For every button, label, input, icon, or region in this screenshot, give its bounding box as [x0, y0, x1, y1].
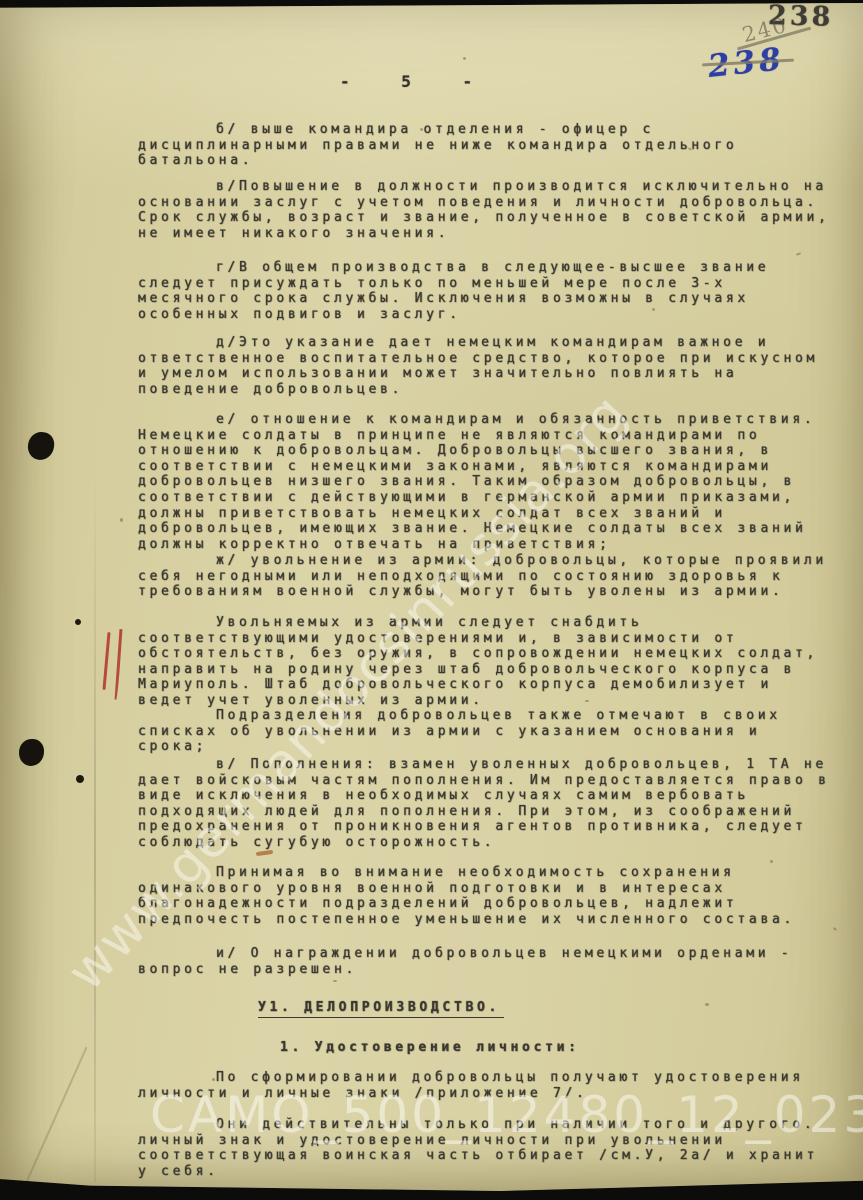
paragraph-e: е/ отношение к командирам и обязанность … — [138, 412, 838, 552]
hole-punch — [19, 739, 44, 766]
paper-speck — [420, 128, 423, 131]
paper-crease — [94, 470, 96, 1182]
section-heading-text: У1. ДЕЛОПРОИЗВОДСТВО. — [258, 1000, 504, 1018]
paragraph-d: д/Это указание дает немецким командирам … — [138, 335, 838, 397]
paragraph-g: г/В общем производства в следующее-высше… — [138, 260, 838, 322]
paragraph-v: в/Повышение в должности производится иск… — [138, 179, 838, 241]
ink-dot — [76, 775, 84, 783]
red-margin-mark-stroke — [115, 629, 123, 700]
paper-speck — [120, 518, 123, 522]
paragraph-podrazdeleniya: Подразделения добровольцев также отмечаю… — [138, 708, 838, 755]
paragraph-po-sformirovanii: По сформировании добровольцы получают уд… — [138, 1070, 838, 1101]
paragraph-b: б/ выше командира отделения - офицер с д… — [138, 122, 838, 169]
paper-speck — [652, 308, 655, 311]
rust-stain — [256, 850, 273, 856]
paragraph-zh: ж/ увольнение из армии: добровольцы, кот… — [138, 553, 838, 600]
paragraph-popolneniya: в/ Пополнения: взамен уволенных добровол… — [138, 757, 838, 851]
paper-speck — [796, 252, 801, 256]
paragraph-i: и/ О награждении добровольцев немецкими … — [138, 946, 838, 977]
paper-sheet: - 5 - 238 240 238 б/ выше командира отде… — [0, 0, 863, 1200]
paper-speck — [770, 860, 773, 863]
paper-crease — [19, 1047, 88, 1199]
paper-speck — [212, 1078, 215, 1081]
paper-speck — [585, 700, 589, 702]
paper-speck — [463, 57, 466, 60]
red-margin-mark-stroke — [102, 632, 110, 690]
hole-punch — [26, 430, 56, 461]
paragraph-oni-deystvitelny: Они действительны только при наличии тог… — [138, 1117, 838, 1179]
typed-page-number: - 5 - — [340, 72, 478, 91]
paragraph-prinimaya: Принимая во внимание необходимость сохра… — [138, 865, 838, 927]
paper-speck — [333, 980, 337, 982]
subheading-udostoverenie: 1. Удостоверение личности: — [280, 1040, 580, 1056]
paragraph-uvolnyaemykh: Увольняемых из армии следует снабдить со… — [138, 615, 838, 709]
scanned-document-page: - 5 - 238 240 238 б/ выше командира отде… — [0, 0, 863, 1200]
paper-speck — [833, 927, 837, 931]
section-heading: У1. ДЕЛОПРОИЗВОДСТВО. — [258, 1000, 504, 1016]
paper-speck — [705, 1003, 709, 1006]
ink-dot — [75, 619, 81, 625]
